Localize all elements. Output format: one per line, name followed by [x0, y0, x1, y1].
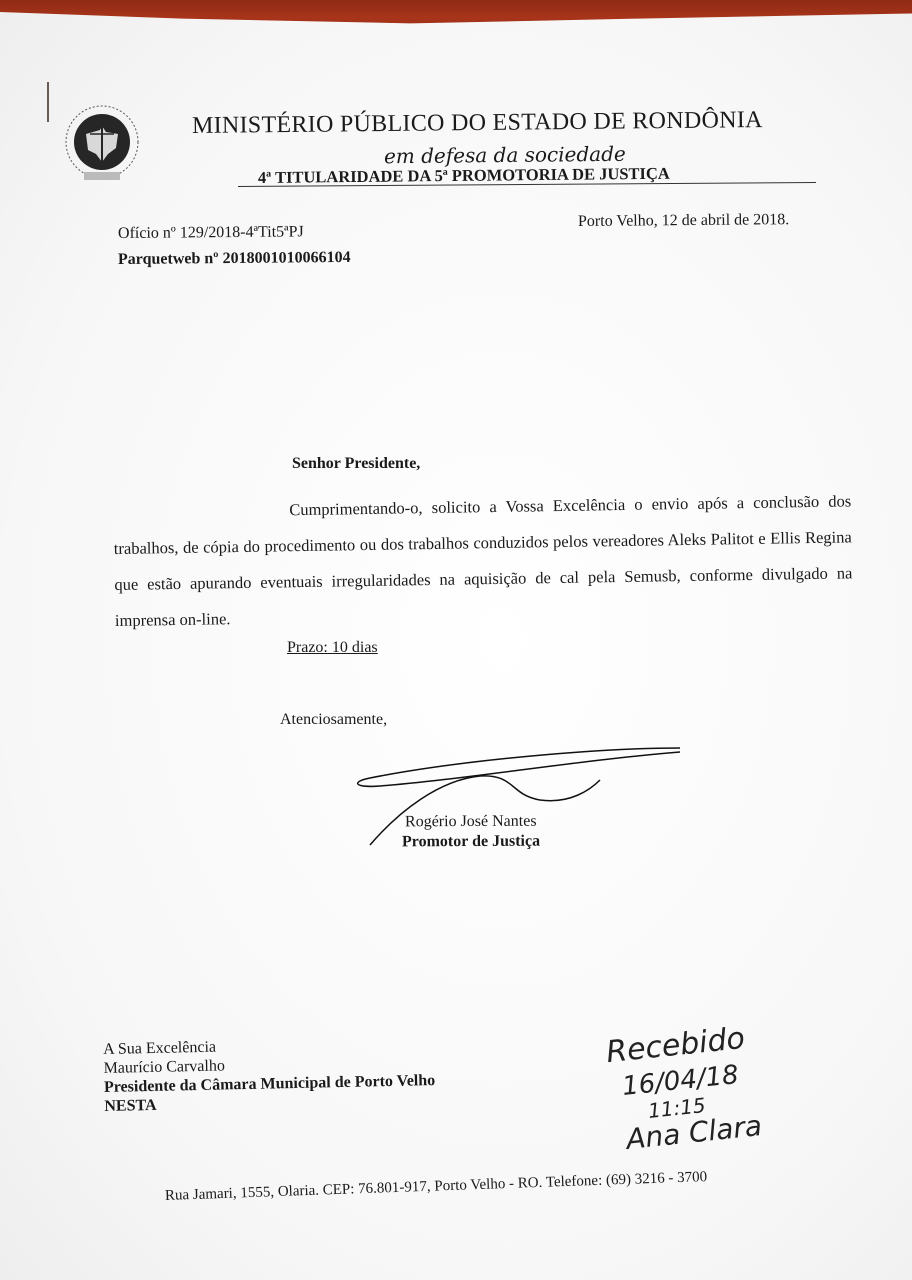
signer-name: Rogério José Nantes	[405, 813, 537, 832]
closing: Atenciosamente,	[280, 711, 387, 729]
place-date: Porto Velho, 12 de abril de 2018.	[578, 211, 789, 231]
oficio-number: Ofício nº 129/2018-4ªTit5ªPJ	[118, 223, 304, 243]
coat-of-arms-seal-icon	[62, 104, 142, 184]
parquetweb-number: Parquetweb nº 2018001010066104	[118, 249, 351, 269]
margin-mark	[47, 82, 49, 122]
salutation: Senhor Presidente,	[292, 455, 420, 473]
deadline: Prazo: 10 dias	[287, 639, 378, 657]
body-paragraph: Cumprimentando-o, solicito a Vossa Excel…	[113, 483, 853, 639]
signer-role: Promotor de Justiça	[402, 833, 540, 852]
body-paragraph-text: Cumprimentando-o, solicito a Vossa Excel…	[114, 491, 853, 630]
addressee-block: A Sua Excelência Maurício Carvalho Presi…	[103, 1033, 436, 1116]
